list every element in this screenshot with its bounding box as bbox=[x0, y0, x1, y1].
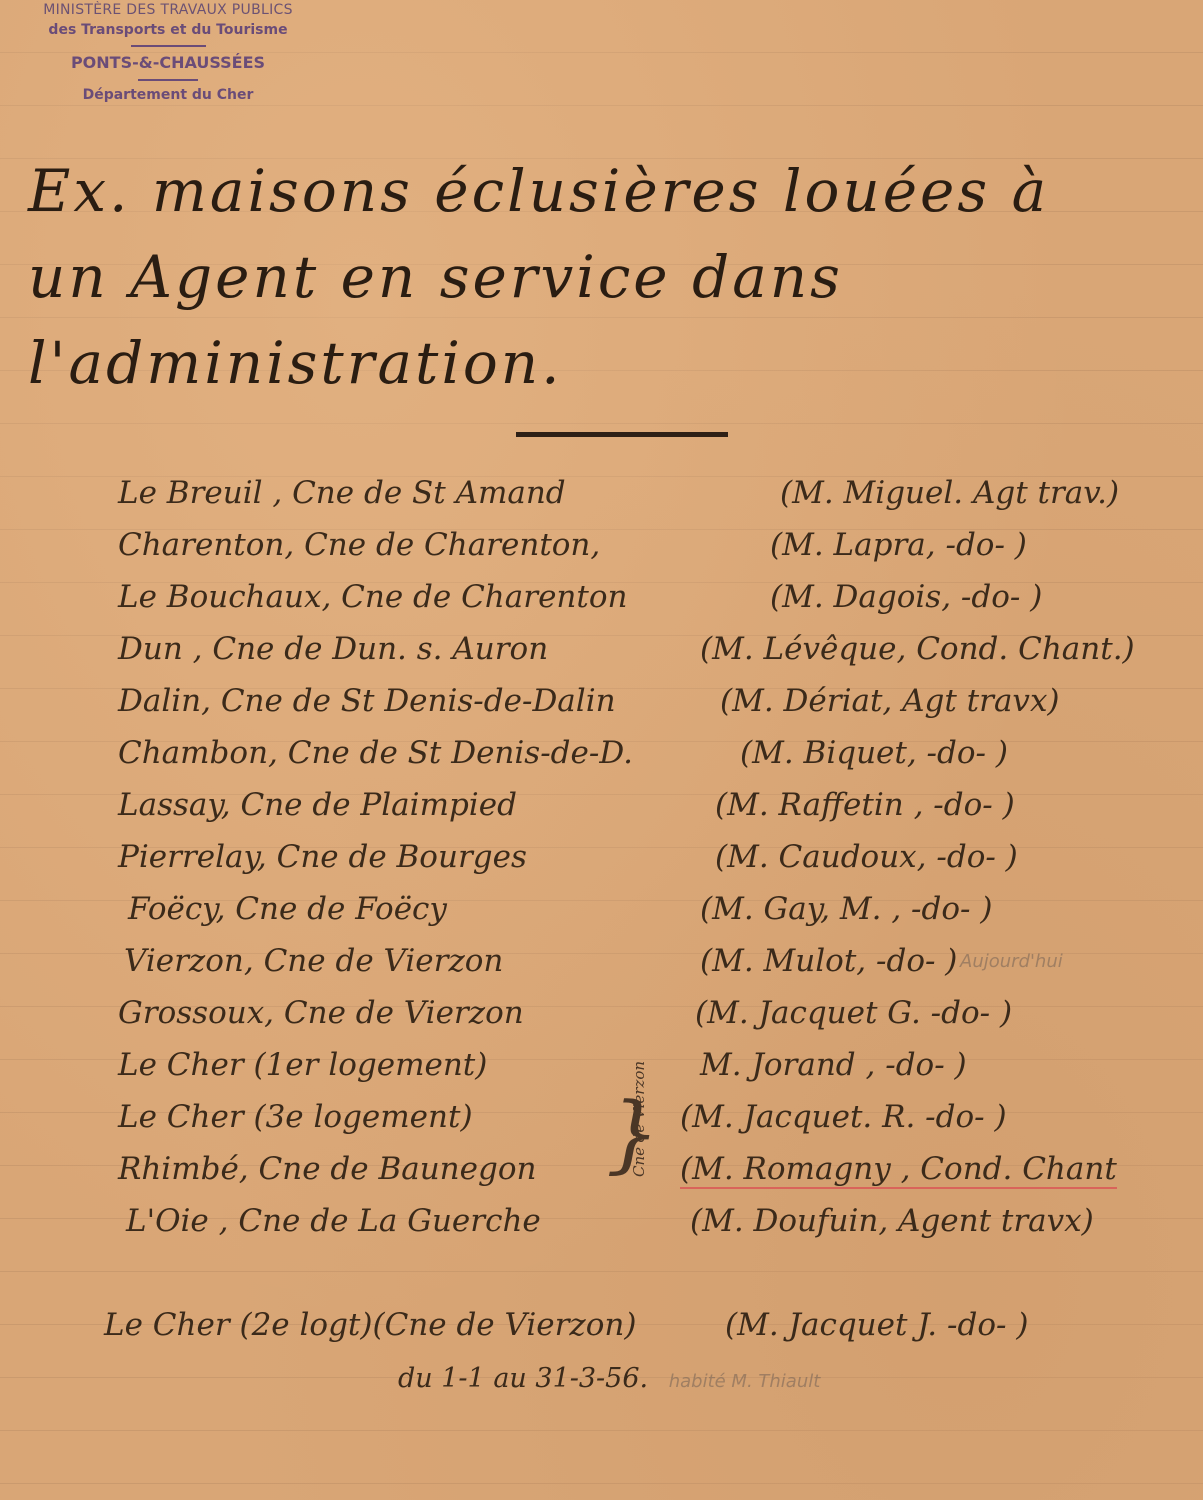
document-title: Ex. maisons éclusières louées à un Agent… bbox=[28, 148, 1188, 406]
list-item: Foëcy, Cne de Foëcy (M. Gay, M. , -do- ) bbox=[0, 891, 1203, 943]
place: Lassay, Cne de Plaimpied bbox=[118, 787, 517, 823]
pencil-annotation: habité M. Thiault bbox=[669, 1371, 821, 1392]
list-item: Le Breuil , Cne de St Amand (M. Miguel. … bbox=[0, 475, 1203, 527]
place: Le Breuil , Cne de St Amand bbox=[118, 475, 566, 511]
list-item: Vierzon, Cne de Vierzon (M. Mulot, -do- … bbox=[0, 943, 1203, 995]
occupant: (M. Jacquet. R. -do- ) bbox=[680, 1099, 1007, 1135]
brace-annotation: } Cne de Vierzon bbox=[606, 1093, 666, 1183]
list-item: Dalin, Cne de St Denis-de-Dalin (M. Déri… bbox=[0, 683, 1203, 735]
list-item: Le Bouchaux, Cne de Charenton (M. Dagois… bbox=[0, 579, 1203, 631]
place: Le Cher (2e logt)(Cne de Vierzon) bbox=[104, 1307, 636, 1343]
occupant: (M. Gay, M. , -do- ) bbox=[700, 891, 992, 927]
place: Vierzon, Cne de Vierzon bbox=[124, 943, 503, 979]
date-range: du 1-1 au 31-3-56. bbox=[398, 1363, 648, 1394]
list-item: Le Cher (3e logement) (M. Jacquet. R. -d… bbox=[0, 1099, 1203, 1151]
list-item: Charenton, Cne de Charenton, (M. Lapra, … bbox=[0, 527, 1203, 579]
list-item: Grossoux, Cne de Vierzon (M. Jacquet G. … bbox=[0, 995, 1203, 1047]
ministry-stamp: MINISTÈRE DES TRAVAUX PUBLICS des Transp… bbox=[18, 2, 318, 103]
place: Rhimbé, Cne de Baunegon bbox=[118, 1151, 536, 1187]
list-item: Le Cher (2e logt)(Cne de Vierzon) (M. Ja… bbox=[0, 1307, 1203, 1359]
title-line-1: Ex. maisons éclusières louées à bbox=[28, 148, 1188, 234]
place: Le Cher (3e logement) bbox=[118, 1099, 473, 1135]
occupant: (M. Dériat, Agt travx) bbox=[720, 683, 1060, 719]
stamp-ministry: MINISTÈRE DES TRAVAUX PUBLICS bbox=[18, 2, 318, 18]
place: Grossoux, Cne de Vierzon bbox=[118, 995, 524, 1031]
brace-annotation-text: Cne de Vierzon bbox=[630, 1061, 648, 1177]
occupant: (M. Lapra, -do- ) bbox=[770, 527, 1027, 563]
occupant: (M. Biquet, -do- ) bbox=[740, 735, 1008, 771]
list-item: Pierrelay, Cne de Bourges (M. Caudoux, -… bbox=[0, 839, 1203, 891]
list-item: Le Cher (1er logement) M. Jorand , -do- … bbox=[0, 1047, 1203, 1099]
list-item: Rhimbé, Cne de Baunegon (M. Romagny , Co… bbox=[0, 1151, 1203, 1203]
occupant: (M. Miguel. Agt trav.) bbox=[780, 475, 1119, 511]
list-item: Dun , Cne de Dun. s. Auron (M. Lévêque, … bbox=[0, 631, 1203, 683]
occupant: (M. Mulot, -do- ) bbox=[700, 943, 957, 979]
pencil-annotation: Aujourd'hui bbox=[960, 951, 1063, 972]
title-line-3: l'administration. bbox=[28, 320, 1188, 406]
place: Chambon, Cne de St Denis-de-D. bbox=[118, 735, 633, 771]
list-item: Chambon, Cne de St Denis-de-D. (M. Bique… bbox=[0, 735, 1203, 787]
occupant: (M. Raffetin , -do- ) bbox=[715, 787, 1015, 823]
place: Charenton, Cne de Charenton, bbox=[118, 527, 600, 563]
date-range-note: du 1-1 au 31-3-56. habité M. Thiault bbox=[398, 1363, 820, 1394]
list-item: L'Oie , Cne de La Guerche (M. Doufuin, A… bbox=[0, 1203, 1203, 1255]
occupant: (M. Lévêque, Cond. Chant.) bbox=[700, 631, 1135, 667]
place: L'Oie , Cne de La Guerche bbox=[126, 1203, 541, 1239]
stamp-department: Département du Cher bbox=[18, 87, 318, 103]
stamp-department-service: PONTS-&-CHAUSSÉES bbox=[18, 53, 318, 72]
place: Dun , Cne de Dun. s. Auron bbox=[118, 631, 548, 667]
place: Le Cher (1er logement) bbox=[118, 1047, 487, 1083]
occupant: (M. Caudoux, -do- ) bbox=[715, 839, 1018, 875]
stamp-divider bbox=[138, 79, 198, 81]
occupant: (M. Jacquet G. -do- ) bbox=[695, 995, 1012, 1031]
place: Le Bouchaux, Cne de Charenton bbox=[118, 579, 627, 615]
list-item: Lassay, Cne de Plaimpied (M. Raffetin , … bbox=[0, 787, 1203, 839]
occupant: (M. Jacquet J. -do- ) bbox=[725, 1307, 1028, 1343]
place: Dalin, Cne de St Denis-de-Dalin bbox=[118, 683, 616, 719]
occupant: (M. Romagny , Cond. Chant bbox=[680, 1151, 1117, 1189]
occupant: (M. Doufuin, Agent travx) bbox=[690, 1203, 1094, 1239]
occupant: (M. Dagois, -do- ) bbox=[770, 579, 1042, 615]
place: Foëcy, Cne de Foëcy bbox=[128, 891, 447, 927]
stamp-ministry-sub: des Transports et du Tourisme bbox=[18, 22, 318, 38]
title-underline bbox=[516, 432, 728, 437]
title-line-2: un Agent en service dans bbox=[28, 234, 1188, 320]
occupant: M. Jorand , -do- ) bbox=[700, 1047, 967, 1083]
stamp-divider bbox=[131, 45, 206, 47]
place: Pierrelay, Cne de Bourges bbox=[118, 839, 527, 875]
